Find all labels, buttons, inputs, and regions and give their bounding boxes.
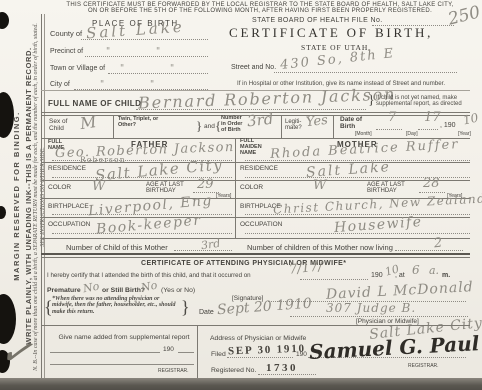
rule xyxy=(227,357,293,358)
rule xyxy=(50,352,160,353)
rule xyxy=(245,214,470,215)
margin-write-plainly-text: WRITE PLAINLY, WITH UNFADING INK--THIS I… xyxy=(24,16,33,376)
father-years-label: [Years] xyxy=(216,193,231,199)
stillbirth-value: No xyxy=(140,279,158,295)
month-label: [Month] xyxy=(355,131,372,137)
father-occupation-label: OCCUPATION xyxy=(48,221,90,228)
twin-label: Twin, Triplet, or Other? xyxy=(118,117,162,129)
physician-note: *When there was no attending physician o… xyxy=(52,296,180,315)
mother-residence-label: RESIDENCE xyxy=(240,165,278,172)
signature-address: 307 Judge B. xyxy=(326,301,416,315)
birth-certificate-scan: ✓ MARGIN RESERVED FOR BINDING. WRITE PLA… xyxy=(0,0,482,390)
rule xyxy=(245,233,470,234)
father-color-label: COLOR xyxy=(48,184,71,191)
sex-value: M xyxy=(79,112,98,133)
filed-date-stamp: SEP 30 1910 xyxy=(228,343,306,358)
certify-year-printed: 190 xyxy=(371,272,383,279)
father-age-value: 29 xyxy=(197,177,214,192)
year-label: [Year] xyxy=(458,131,471,137)
rule xyxy=(281,115,282,138)
rule xyxy=(52,214,232,215)
rule xyxy=(41,257,470,258)
rule xyxy=(41,325,470,326)
filed-label: Filed xyxy=(211,351,226,358)
father-residence-label: RESIDENCE xyxy=(48,165,86,172)
mother-name-label: FULL MAIDEN NAME xyxy=(240,139,272,156)
dob-month-value: 7 xyxy=(388,110,396,125)
rule xyxy=(395,250,463,251)
legitimate-value: Yes xyxy=(305,113,328,130)
ditto-mark: " xyxy=(150,80,154,90)
ink-blot xyxy=(0,12,9,29)
left-year-printed: 190 xyxy=(163,346,174,353)
mother-occupation-label: OCCUPATION xyxy=(240,221,282,228)
filed-year-printed: 190 xyxy=(296,351,307,358)
town-label: Town or Village of xyxy=(50,65,105,72)
dob-year-printed: , 190 xyxy=(440,122,456,129)
father-age-label: AGE AT LAST BIRTHDAY xyxy=(146,182,192,195)
ink-blot xyxy=(0,206,6,219)
father-color-value: W xyxy=(92,179,105,194)
rule xyxy=(418,129,438,130)
dob-label: Date of Birth xyxy=(340,117,374,131)
forwarding-notice: THIS CERTIFICATE MUST BE FORWARDED BY TH… xyxy=(62,2,458,15)
stillbirth-label: or Still Birth? xyxy=(102,287,145,294)
file-number-label: STATE BOARD OF HEALTH FILE No. xyxy=(252,17,383,24)
premature-value: No xyxy=(82,280,100,296)
dob-year-value: 10 xyxy=(462,111,480,128)
precinct-label: Precinct of xyxy=(50,48,83,55)
margin-binding-text: MARGIN RESERVED FOR BINDING. xyxy=(12,16,21,376)
order-value: 3rd xyxy=(246,110,274,131)
brace: } xyxy=(368,93,375,109)
rule xyxy=(333,115,334,138)
mother-age-value: 28 xyxy=(423,176,440,191)
county-label: County of xyxy=(50,29,82,38)
registered-no-label: Registered No. xyxy=(211,367,256,374)
mother-color-label: COLOR xyxy=(240,184,263,191)
certificate-title: CERTIFICATE OF BIRTH, xyxy=(229,25,433,41)
sex-label: Sex of Child xyxy=(49,119,79,133)
rule xyxy=(41,253,470,255)
left-registrar-label: REGISTRAR. xyxy=(158,368,189,374)
rule xyxy=(44,14,45,378)
child-number-value: 3rd xyxy=(200,237,221,253)
ditto-mark: " xyxy=(100,80,104,90)
registered-no-stamp: 1730 xyxy=(266,362,298,374)
rule xyxy=(300,279,368,280)
rule xyxy=(376,129,402,130)
rule xyxy=(178,352,194,353)
rule xyxy=(41,14,42,378)
ampm-value: a. xyxy=(429,264,439,277)
day-label: [Day] xyxy=(406,131,418,137)
physician-date-value: Sept 20 1910 xyxy=(217,296,313,319)
occurred-value: 7/17/ xyxy=(288,259,323,277)
street-label: Street and No. xyxy=(231,64,276,71)
registrar-label: REGISTRAR. xyxy=(408,363,439,369)
signature-label: [Signature] xyxy=(232,295,263,302)
brace: } xyxy=(196,118,202,134)
rule xyxy=(113,115,114,138)
rule xyxy=(258,374,316,375)
physician-date-label: Date xyxy=(199,309,214,316)
mother-age-label: AGE AT LAST BIRTHDAY xyxy=(367,182,413,195)
mother-color-value: W xyxy=(313,178,326,193)
child-number-label: Number of Child of this Mother xyxy=(66,243,168,252)
rule xyxy=(41,238,470,239)
yes-or-no-label: (Yes or No) xyxy=(161,287,195,294)
rule xyxy=(85,56,208,57)
father-birthplace-label: BIRTHPLACE xyxy=(48,203,89,210)
ditto-mark: " xyxy=(170,64,174,74)
rule xyxy=(50,364,194,365)
certify-text: I hereby certify that I attended the bir… xyxy=(47,272,251,279)
signature-value: David L McDonald xyxy=(326,279,474,303)
ditto-mark: " xyxy=(156,47,160,57)
scan-edge xyxy=(0,378,482,390)
city-label: City of xyxy=(50,81,70,88)
rule xyxy=(197,325,198,378)
ditto-mark: " xyxy=(120,64,124,74)
and-label: and xyxy=(204,123,215,130)
rule xyxy=(235,138,236,238)
rule xyxy=(290,316,468,317)
rule xyxy=(274,72,457,73)
m-label: m. xyxy=(442,272,450,279)
living-count-label: Number of children of this Mother now li… xyxy=(247,243,393,252)
living-count-value: 2 xyxy=(433,236,443,252)
address-of-physician-label: Address of Physician or Midwife xyxy=(210,335,306,342)
supplemental-name-label: Give name added from supplemental report xyxy=(52,334,196,341)
mother-birthplace-value: Christ Church, New Zealand xyxy=(273,191,482,216)
dob-day-value: 17 xyxy=(424,110,441,125)
time-value: 6 xyxy=(412,263,420,277)
child-name-label: FULL NAME OF CHILD xyxy=(48,99,141,108)
at-label: , at xyxy=(395,272,405,279)
rule xyxy=(52,233,232,234)
order-label: Number in Order of Birth xyxy=(221,116,248,133)
brace: } xyxy=(181,297,190,318)
premature-label: Premature xyxy=(47,287,81,294)
ditto-mark: " xyxy=(106,47,110,57)
supplemental-note: If child is not yet named, make suppleme… xyxy=(376,95,476,108)
